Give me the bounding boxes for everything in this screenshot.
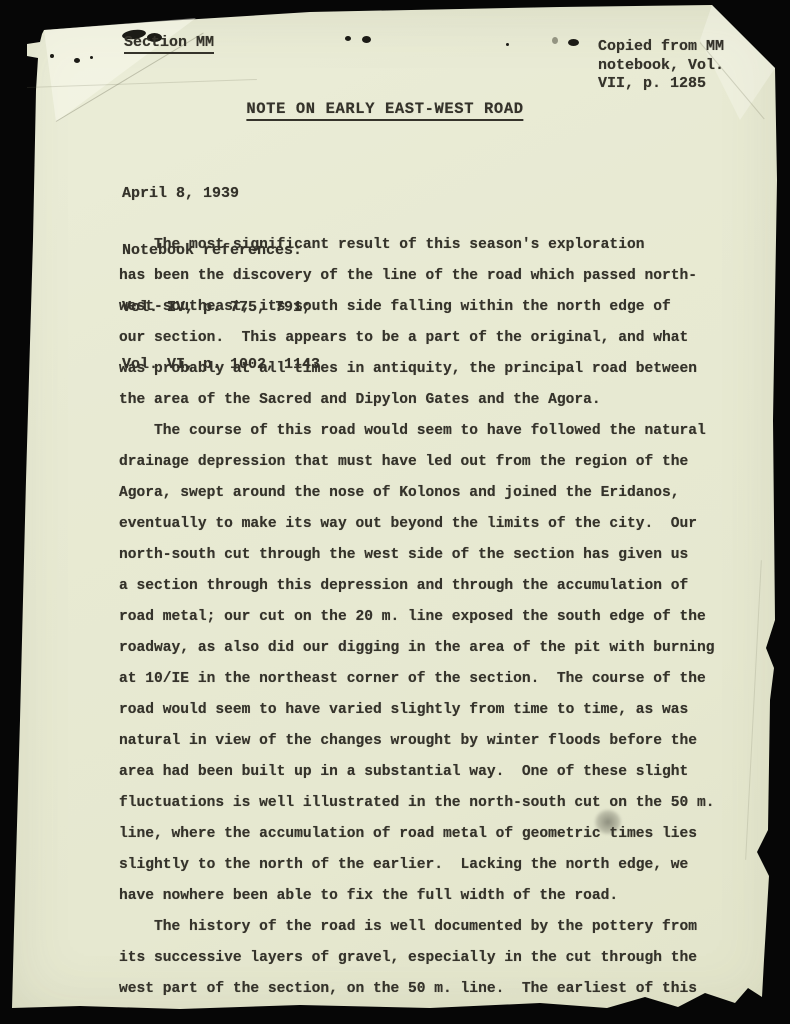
document-title: NOTE ON EARLY EAST-WEST ROAD: [246, 100, 523, 121]
ink-speck: [506, 43, 509, 46]
ink-speck: [74, 58, 80, 63]
copied-from-note: Copied from MM notebook, Vol. VII, p. 12…: [598, 38, 724, 94]
ink-blot: [362, 36, 371, 43]
paragraph: The history of the road is well document…: [119, 912, 771, 1005]
scanned-document: Section MM Copied from MM notebook, Vol.…: [0, 0, 790, 1024]
ink-blot: [568, 39, 579, 46]
paragraph: The most significant result of this seas…: [119, 230, 771, 416]
ink-speck: [90, 56, 93, 59]
date-line: April 8, 1939: [122, 184, 320, 203]
section-label: Section MM: [124, 34, 214, 54]
paragraph: The course of this road would seem to ha…: [119, 416, 771, 912]
document-body: The most significant result of this seas…: [119, 230, 771, 1005]
document-title-text: NOTE ON EARLY EAST-WEST ROAD: [246, 100, 523, 121]
ink-speck: [552, 37, 558, 44]
ink-speck: [345, 36, 351, 41]
ink-speck: [50, 54, 54, 58]
section-label-text: Section MM: [124, 34, 214, 54]
